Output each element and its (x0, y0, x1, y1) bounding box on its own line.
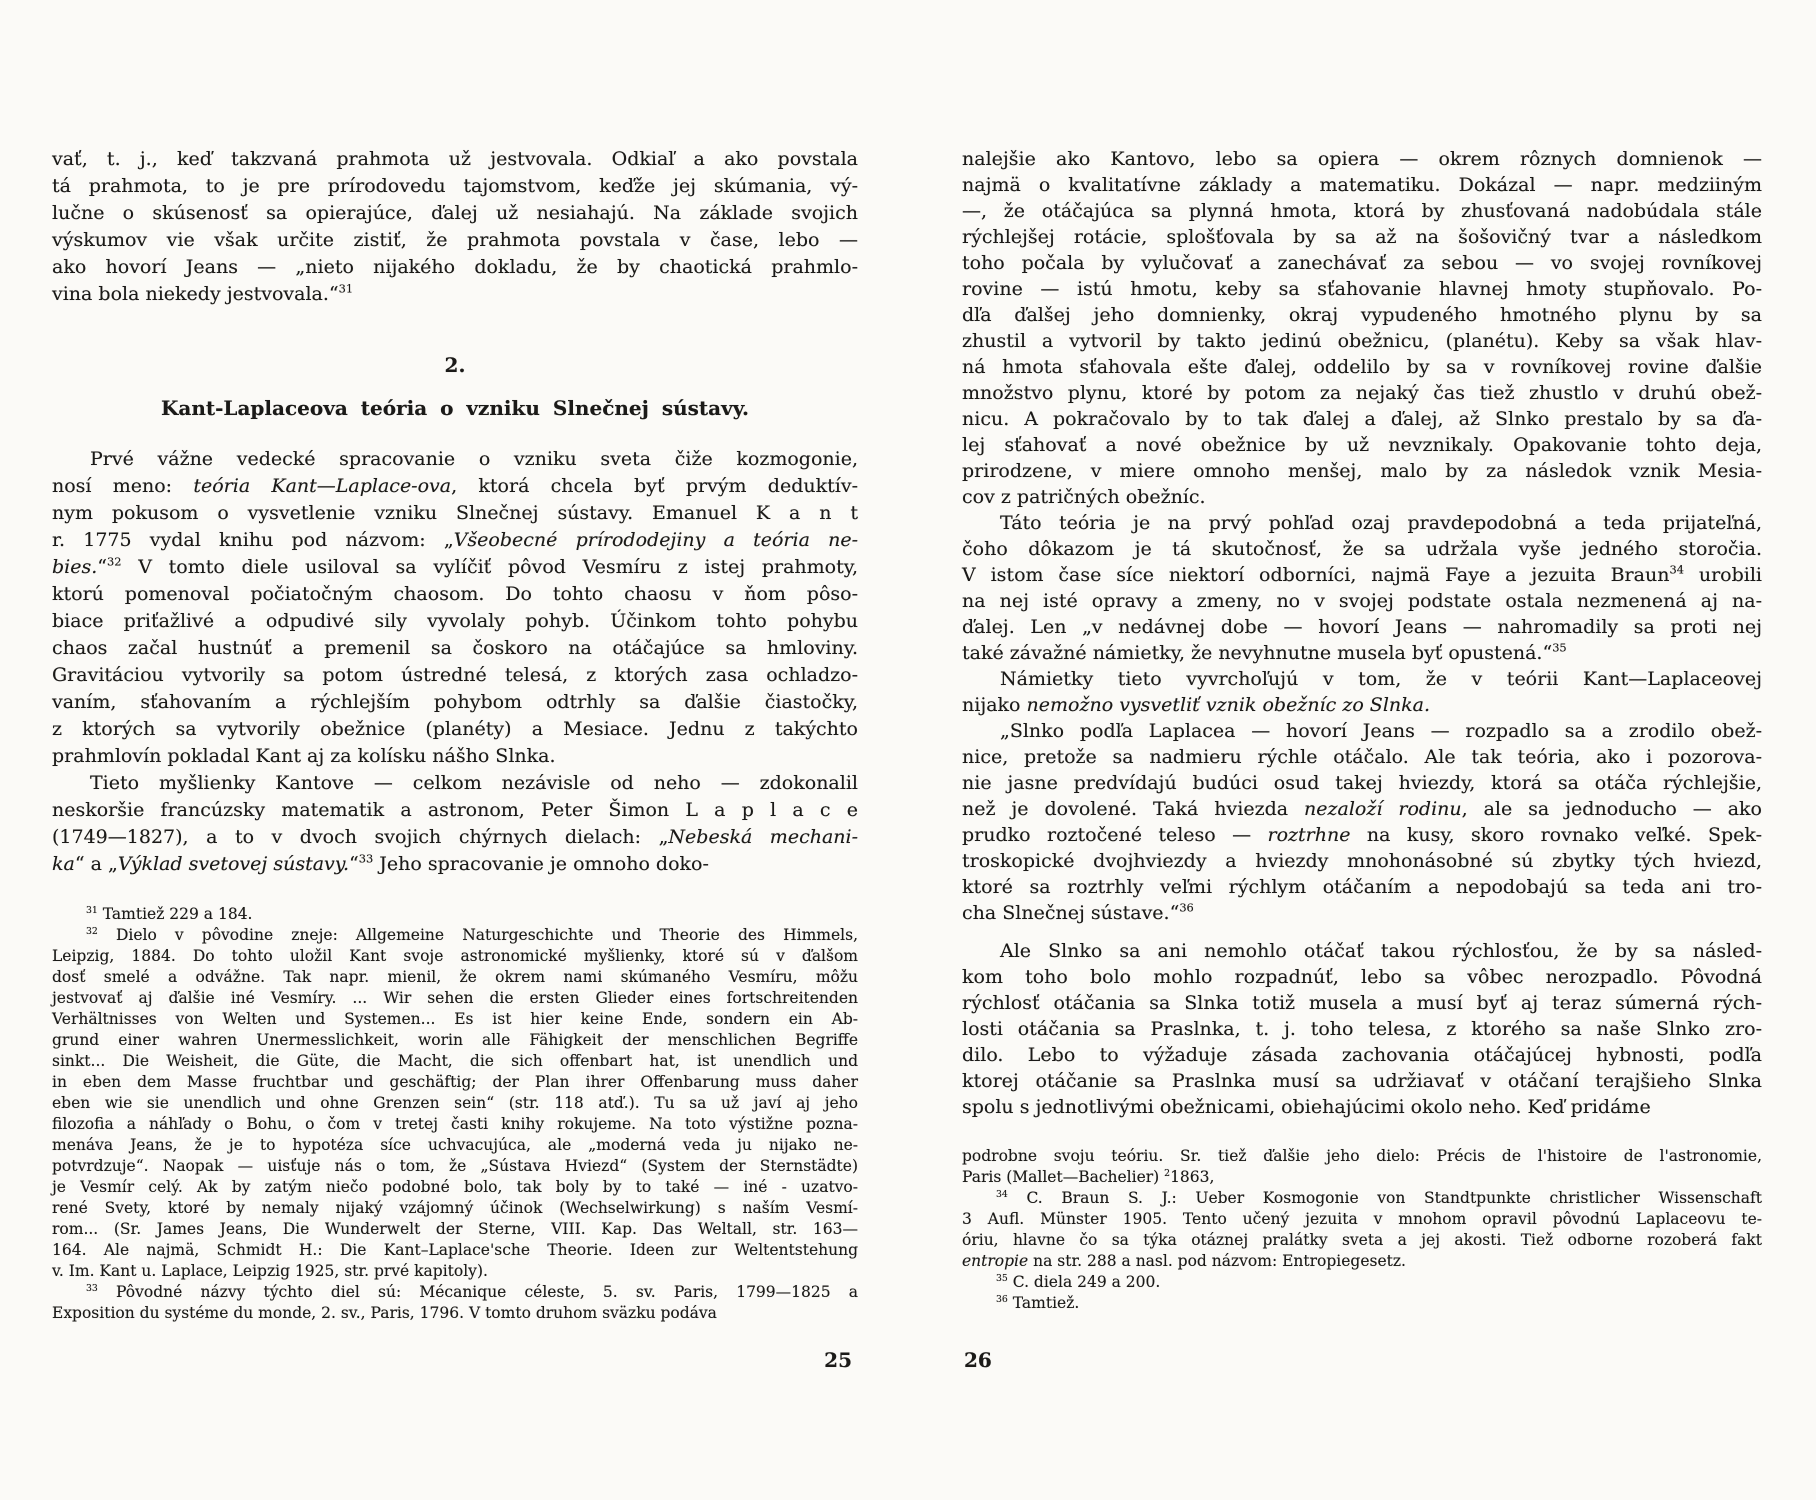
text-line: ktorej otáčanie sa Praslnka musí sa udrž… (962, 1068, 1762, 1094)
footnote-paragraph: 35 C. diela 249 a 200. (962, 1272, 1762, 1293)
text-line: 34 C. Braun S. J.: Ueber Kosmogonie von … (962, 1188, 1762, 1209)
text-line: losti otáčania sa Praslnka, t. j. toho t… (962, 1016, 1762, 1042)
section-heading: Kant-Laplaceova teória o vzniku Slnečnej… (52, 395, 858, 422)
text-line: vina bola niekedy jestvovala.“31 (52, 281, 858, 308)
text-line: bies.“32 V tomto diele usiloval sa vylíč… (52, 554, 858, 581)
footnote-paragraph: 31 Tamtiež 229 a 184. (52, 904, 858, 925)
text-line: ka“ a „Výklad svetovej sústavy.“33 Jeho … (52, 851, 858, 878)
book-page-right: nalejšie ako Kantovo, lebo sa opiera — o… (962, 0, 1762, 1500)
text-line: rýchlejšej rotácie, splošťovala by sa až… (962, 224, 1762, 250)
text-line: kom toho bolo mohlo rozpadnúť, lebo sa v… (962, 964, 1762, 990)
text-line: ďalej. Len „v nedávnej dobe — hovorí Jea… (962, 614, 1762, 640)
text-line: 36 Tamtiež. (962, 1293, 1762, 1314)
text-line: čoho dôkazom je tá skutočnosť, že sa udr… (962, 536, 1762, 562)
text-line: lej sťahovať a nové obežnice by už nevzn… (962, 432, 1762, 458)
page-content: vať, t. j., keď takzvaná prahmota už jes… (52, 146, 858, 1324)
text-line: Exposition du systéme du monde, 2. sv., … (52, 1303, 858, 1324)
text-line: nijako nemožno vysvetliť vznik obežníc z… (962, 692, 1762, 718)
footnote-paragraph: 36 Tamtiež. (962, 1293, 1762, 1314)
text-line: lučne o skúsenosť sa opierajúce, ďalej u… (52, 200, 858, 227)
text-line: 33 Pôvodné názvy týchto diel sú: Mécaniq… (52, 1282, 858, 1303)
paragraph: Ale Slnko sa ani nemohlo otáčať takou rý… (962, 938, 1762, 1120)
text-line: rovine — istú hmotu, keby sa sťahovanie … (962, 276, 1762, 302)
text-line: grund einer wahren Unermesslichkeit, wor… (52, 1030, 858, 1051)
text-line: nice, pretože sa nadmieru rýchle otáčalo… (962, 744, 1762, 770)
page-number: 26 (964, 1348, 992, 1372)
text-line: sinkt... Die Weisheit, die Güte, die Mac… (52, 1051, 858, 1072)
text-line: r. 1775 vydal knihu pod názvom: „Všeobec… (52, 527, 858, 554)
page-number: 25 (824, 1348, 852, 1372)
text-line: —, že otáčajúca sa plynná hmota, ktorá b… (962, 198, 1762, 224)
text-line: potvrdzuje“. Naopak — uisťuje nás o tom,… (52, 1156, 858, 1177)
text-line: 31 Tamtiež 229 a 184. (52, 904, 858, 925)
text-line: Prvé vážne vedecké spracovanie o vzniku … (52, 446, 858, 473)
text-line: vať, t. j., keď takzvaná prahmota už jes… (52, 146, 858, 173)
text-line: in eben dem Masse fruchtbar und geschäft… (52, 1072, 858, 1093)
text-line: Tieto myšlienky Kantove — celkom nezávis… (52, 770, 858, 797)
text-line: (1749—1827), a to v dvoch svojich chýrny… (52, 824, 858, 851)
footnote-paragraph: 32 Dielo v pôvodine zneje: Allgemeine Na… (52, 925, 858, 1282)
text-line: tá prahmota, to je pre prírodovedu tajom… (52, 173, 858, 200)
paragraph: Prvé vážne vedecké spracovanie o vzniku … (52, 446, 858, 770)
text-line: Verhältnisses von Welten und Systemen...… (52, 1009, 858, 1030)
paragraph: Táto teória je na prvý pohľad ozaj pravd… (962, 510, 1762, 666)
text-line: 3 Aufl. Münster 1905. Tento učený jezuit… (962, 1209, 1762, 1230)
paragraph: Tieto myšlienky Kantove — celkom nezávis… (52, 770, 858, 878)
text-line: rom... (Sr. James Jeans, Die Wunderwelt … (52, 1219, 858, 1240)
section-number: 2. (52, 352, 858, 379)
text-line: nym pokusom o vysvetlenie vzniku Slnečne… (52, 500, 858, 527)
text-line: zhustil a vytvoril by takto jedinú obežn… (962, 328, 1762, 354)
text-line: z ktorých sa vytvorily obežnice (planéty… (52, 716, 858, 743)
text-line: dosť smelé a odvážne. Tak napr. mienil, … (52, 967, 858, 988)
text-line: ako hovorí Jeans — „nieto nijakého dokla… (52, 254, 858, 281)
text-line: najmä o kvalitatívne základy a matematik… (962, 172, 1762, 198)
text-line: menáva Jeans, že je to hypotéza síce uch… (52, 1135, 858, 1156)
footnote-paragraph: podrobne svoju teóriu. Sr. tiež ďalšie j… (962, 1146, 1762, 1188)
text-line: V istom čase síce niektorí odborníci, na… (962, 562, 1762, 588)
text-line: v. Im. Kant u. Laplace, Leipzig 1925, st… (52, 1261, 858, 1282)
text-line: 32 Dielo v pôvodine zneje: Allgemeine Na… (52, 925, 858, 946)
paragraph: nalejšie ako Kantovo, lebo sa opiera — o… (962, 146, 1762, 510)
text-line: podrobne svoju teóriu. Sr. tiež ďalšie j… (962, 1146, 1762, 1167)
text-line: biace priťažlivé a odpudivé sily vyvolal… (52, 608, 858, 635)
text-line: nicu. A pokračovalo by to tak ďalej a ďa… (962, 406, 1762, 432)
text-line: vaním, sťahovaním a rýchlejším pohybom o… (52, 689, 858, 716)
paragraph: Námietky tieto vyvrchoľujú v tom, že v t… (962, 666, 1762, 718)
text-line: 35 C. diela 249 a 200. (962, 1272, 1762, 1293)
text-line: dilo. Lebo to výžaduje zásada zachovania… (962, 1042, 1762, 1068)
text-line: Námietky tieto vyvrchoľujú v tom, že v t… (962, 666, 1762, 692)
text-line: entropie na str. 288 a nasl. pod názvom:… (962, 1251, 1762, 1272)
text-line: neskoršie francúzsky matematik a astrono… (52, 797, 858, 824)
text-line: ktoré sa roztrhly veľmi rýchlym otáčaním… (962, 874, 1762, 900)
text-line: také závažné námietky, že nevyhnutne mus… (962, 640, 1762, 666)
text-line: cov z patričných obežníc. (962, 484, 1762, 510)
text-line: Ale Slnko sa ani nemohlo otáčať takou rý… (962, 938, 1762, 964)
text-line: prahmlovín pokladal Kant aj za kolísku n… (52, 743, 858, 770)
text-line: Gravitáciou vytvorily sa potom ústredné … (52, 662, 858, 689)
text-line: ktorú pomenoval počiatočným chaosom. Do … (52, 581, 858, 608)
text-line: rené Svety, ktoré by nemaly nijaký vzájo… (52, 1198, 858, 1219)
text-line: nosí meno: teória Kant—Laplace-ova, ktor… (52, 473, 858, 500)
text-line: je Vesmír celý. Ak by zatým niečo podobn… (52, 1177, 858, 1198)
text-line: cha Slnečnej sústave.“36 (962, 900, 1762, 926)
text-line: dľa ďalšej jeho domnienky, okraj vypuden… (962, 302, 1762, 328)
text-line: chaos začal hustnúť a premenil sa čoskor… (52, 635, 858, 662)
text-line: prudko roztočené teleso — roztrhne na ku… (962, 822, 1762, 848)
text-line: eben wie sie unendlich und ohne Grenzen … (52, 1093, 858, 1114)
text-line: množstvo plynu, ktoré by potom za nejaký… (962, 380, 1762, 406)
text-line: Táto teória je na prvý pohľad ozaj pravd… (962, 510, 1762, 536)
text-line: Leipzig, 1884. Do tohto uložil Kant svoj… (52, 946, 858, 967)
text-line: nie jasne predvídajú budúci osud takej h… (962, 770, 1762, 796)
text-line: ná hmota sťahovala ešte ďalej, oddelilo … (962, 354, 1762, 380)
text-line: „Slnko podľa Laplacea — hovorí Jeans — r… (962, 718, 1762, 744)
footnote-paragraph: 33 Pôvodné názvy týchto diel sú: Mécaniq… (52, 1282, 858, 1324)
text-line: výskumov vie však určite zistiť, že prah… (52, 227, 858, 254)
text-line: než je dovolené. Taká hviezda nezaloží r… (962, 796, 1762, 822)
text-line: toho počala by vylučovať a zanechávať za… (962, 250, 1762, 276)
page-content: nalejšie ako Kantovo, lebo sa opiera — o… (962, 146, 1762, 1314)
text-line: troskopické dvojhviezdy a hviezdy mnohon… (962, 848, 1762, 874)
text-line: filozofia a náhľady o Bohu, o čom v tret… (52, 1114, 858, 1135)
text-line: na nej isté opravy a zmeny, no v svojej … (962, 588, 1762, 614)
text-line: 164. Ale najmä, Schmidt H.: Die Kant–Lap… (52, 1240, 858, 1261)
text-line: óriu, hlavne čo sa týka otáznej pralátky… (962, 1230, 1762, 1251)
paragraph: „Slnko podľa Laplacea — hovorí Jeans — r… (962, 718, 1762, 926)
paragraph: vať, t. j., keď takzvaná prahmota už jes… (52, 146, 858, 308)
text-line: spolu s jednotlivými obežnicami, obiehaj… (962, 1094, 1762, 1120)
footnote-paragraph: 34 C. Braun S. J.: Ueber Kosmogonie von … (962, 1188, 1762, 1272)
text-line: nalejšie ako Kantovo, lebo sa opiera — o… (962, 146, 1762, 172)
text-line: prirodzene, v miere omnoho menšej, malo … (962, 458, 1762, 484)
text-line: rýchlosť otáčania sa Slnka totiž musela … (962, 990, 1762, 1016)
text-line: Paris (Mallet—Bachelier) 21863, (962, 1167, 1762, 1188)
text-line: jestvovať aj ďalšie iné Vesmíry. ... Wir… (52, 988, 858, 1009)
book-page-left: vať, t. j., keď takzvaná prahmota už jes… (52, 0, 858, 1500)
